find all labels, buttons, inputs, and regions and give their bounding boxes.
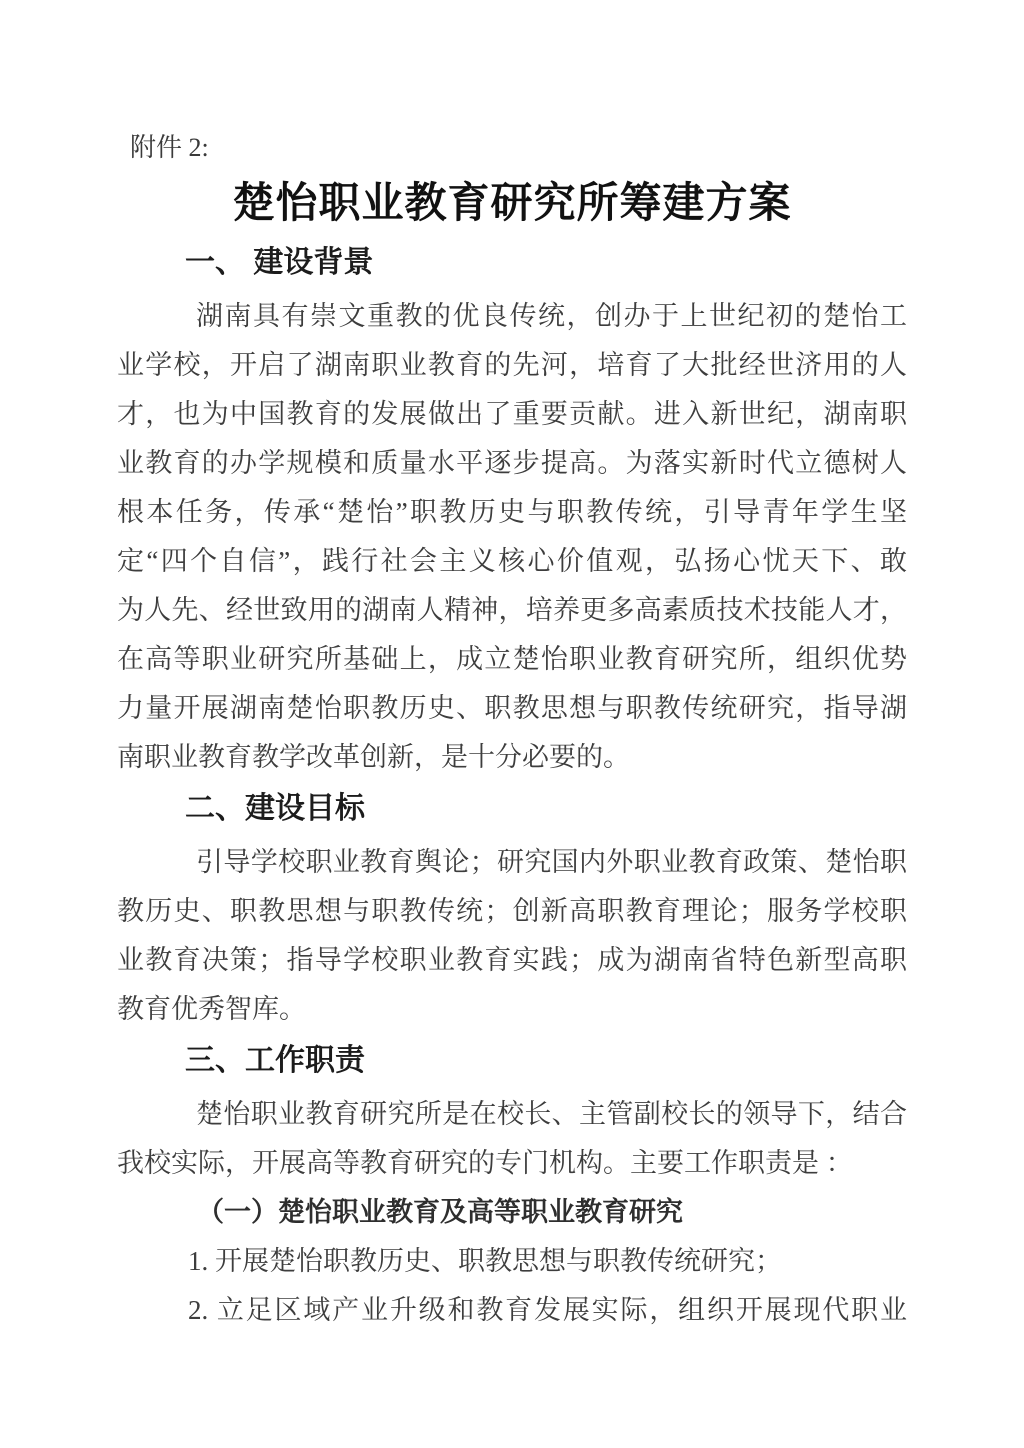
text-line: 业教育决策；指导学校职业教育实践；成为湖南省特色新型高职 (117, 936, 907, 985)
list-item-line: 2. 立足区域产业升级和教育发展实际，组织开展现代职业 (188, 1286, 907, 1335)
attachment-label: 附件 2: (130, 130, 907, 166)
sub-section-heading: （一）楚怡职业教育及高等职业教育研究 (197, 1188, 907, 1237)
document-title: 楚怡职业教育研究所筹建方案 (117, 178, 907, 230)
section-heading: 二、建设目标 (185, 788, 907, 838)
text-line: 我校实际，开展高等教育研究的专门机构。主要工作职责是 ： (117, 1139, 907, 1188)
document-blocks: 一、 建设背景湖南具有崇文重教的优良传统，创办于上世纪初的楚怡工业学校，开启了湖… (117, 242, 907, 1335)
text-line: 根本任务，传承“楚怡”职教历史与职教传统，引导青年学生坚 (117, 488, 907, 537)
text-line: 湖南具有崇文重教的优良传统，创办于上世纪初的楚怡工 (117, 292, 907, 341)
list-item-line: 1. 开展楚怡职教历史、职教思想与职教传统研究； (188, 1237, 907, 1286)
text-line: 定“四个自信”，践行社会主义核心价值观，弘扬心忧天下、敢 (117, 537, 907, 586)
section-heading: 三、工作职责 (185, 1040, 907, 1090)
text-line: 教育优秀智库。 (117, 985, 907, 1034)
text-line: 业教育的办学规模和质量水平逐步提高。为落实新时代立德树人 (117, 439, 907, 488)
text-line: 引导学校职业教育舆论；研究国内外职业教育政策、楚怡职 (117, 838, 907, 887)
section-heading: 一、 建设背景 (185, 242, 907, 292)
text-line: 业学校，开启了湖南职业教育的先河，培育了大批经世济用的人 (117, 341, 907, 390)
text-line: 南职业教育教学改革创新，是十分必要的。 (117, 733, 907, 782)
text-line: 楚怡职业教育研究所是在校长、主管副校长的领导下，结合 (117, 1090, 907, 1139)
text-line: 力量开展湖南楚怡职教历史、职教思想与职教传统研究，指导湖 (117, 684, 907, 733)
text-line: 才，也为中国教育的发展做出了重要贡献。进入新世纪，湖南职 (117, 390, 907, 439)
text-line: 教历史、职教思想与职教传统；创新高职教育理论；服务学校职 (117, 887, 907, 936)
document-content: 附件 2: 楚怡职业教育研究所筹建方案 一、 建设背景湖南具有崇文重教的优良传统… (117, 0, 907, 1335)
text-line: 为人先、经世致用的湖南人精神，培养更多高素质技术技能人才， (117, 586, 907, 635)
document-page: 附件 2: 楚怡职业教育研究所筹建方案 一、 建设背景湖南具有崇文重教的优良传统… (0, 0, 1024, 1448)
text-line: 在高等职业研究所基础上，成立楚怡职业教育研究所，组织优势 (117, 635, 907, 684)
